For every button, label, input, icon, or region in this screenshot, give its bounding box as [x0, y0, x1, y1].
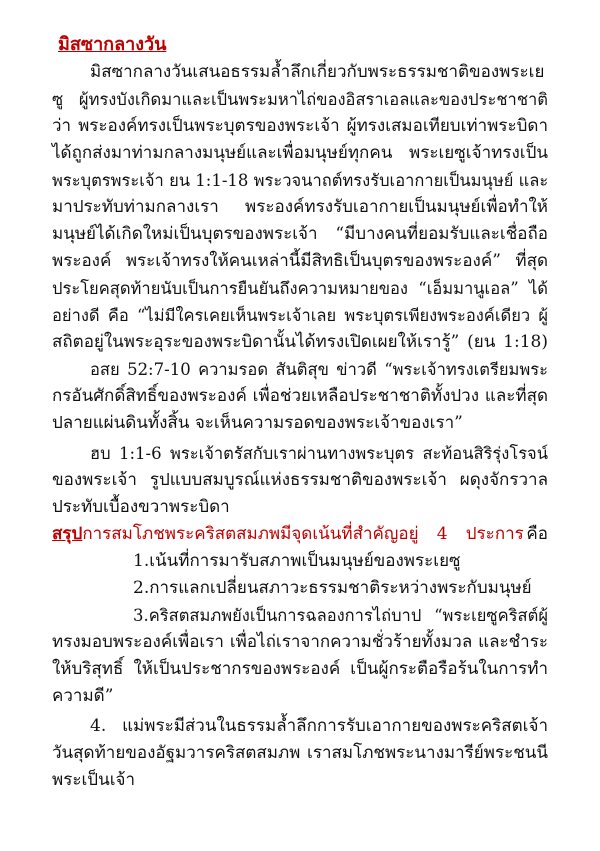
text-line: พระองค์ พระเจ้าทรงให้คนเหล่านี้มีสิทธิเป…	[52, 248, 548, 275]
text-line: ประทับเบื้องขวาพระบิดา	[52, 494, 548, 521]
text-line: ได้ถูกส่งมาท่ามกลางมนุษย์และเพื่อมนุษย์ท…	[52, 140, 548, 167]
text-line: ซู ผู้ทรงบังเกิดมาและเป็นพระมหาไถ่ของอิส…	[52, 86, 548, 113]
text-line: ว่า พระองค์ทรงเป็นพระบุตรของพระเจ้า ผู้ท…	[52, 113, 548, 140]
text-line: สถิตอยู่ในพระอุระของพระบิดานั้นได้ทรงเปิ…	[52, 329, 548, 356]
text-line: มิสซากลางวันเสนอธรรมล้ำลึกเกี่ยวกับพระธร…	[90, 59, 548, 86]
list-item: 4. แม่พระมีส่วนในธรรมล้ำลึกการรับเอากายข…	[90, 713, 548, 740]
text-line: ทรงมอบพระองค์เพื่อเรา เพื่อไถ่เราจากความ…	[52, 629, 548, 656]
page-title: มิสซากลางวัน	[58, 33, 166, 57]
summary-tail: คือ	[526, 521, 548, 548]
text-line: ประโยคสุดท้ายนับเป็นการยืนยันถึงความหมาย…	[52, 275, 548, 302]
text-line: ฮบ 1:1-6 พระเจ้าตรัสกับเราผ่านทางพระบุตร…	[90, 440, 548, 467]
text-line: ของพระเจ้า รูปแบบสมบูรณ์แห่งธรรมชาติของพ…	[52, 467, 548, 494]
text-line: อสย 52:7-10 ความรอด สันติสุข ข่าวดี “พระ…	[90, 356, 548, 383]
summary-text: การสมโภชพระคริสตสมภพมีจุดเน้นที่สำคัญอยู…	[82, 524, 523, 544]
summary-label: สรุป	[52, 524, 82, 544]
text-line: ปลายแผ่นดินทั้งสิ้น จะเห็นความรอดของพระเ…	[52, 410, 548, 437]
list-item: 2.การแลกเปลี่ยนสภาวะธรรมชาติระหว่างพระกั…	[133, 575, 548, 602]
text-line: พระบุตรพระเจ้า ยน 1:1-18 พระวจนาถต์ทรงรั…	[52, 167, 548, 194]
text-line: อย่างดี คือ “ไม่มีใครเคยเห็นพระเจ้าเลย พ…	[52, 302, 548, 329]
text-line: วันสุดท้ายของอัฐมวารคริสตสมภพ เราสมโภชพร…	[52, 740, 548, 767]
text-line: กรอันศักดิ์สิทธิ์ของพระองค์ เพื่อช่วยเหล…	[52, 383, 548, 410]
list-item: 1.เน้นที่การมารับสภาพเป็นมนุษย์ของพระเยซ…	[133, 548, 548, 575]
summary-heading: สรุปการสมโภชพระคริสตสมภพมีจุดเน้นที่สำคั…	[52, 521, 548, 548]
text-line: มาประทับท่ามกลางเรา พระองค์ทรงรับเอากายเ…	[52, 194, 548, 221]
text-line: ให้บริสุทธิ์ ให้เป็นประชากรของพระองค์ เป…	[52, 656, 548, 683]
document-page: มิสซากลางวัน มิสซากลางวันเสนอธรรมล้ำลึกเ…	[0, 0, 600, 851]
text-line: พระเป็นเจ้า	[52, 767, 548, 794]
text-line: ความดี”	[52, 683, 548, 710]
list-item: 3.คริสตสมภพยังเป็นการฉลองการไถ่บาป “พระเ…	[133, 602, 548, 629]
text-line: มนุษย์ได้เกิดใหม่เป็นบุตรของพระเจ้า “มีบ…	[52, 221, 548, 248]
